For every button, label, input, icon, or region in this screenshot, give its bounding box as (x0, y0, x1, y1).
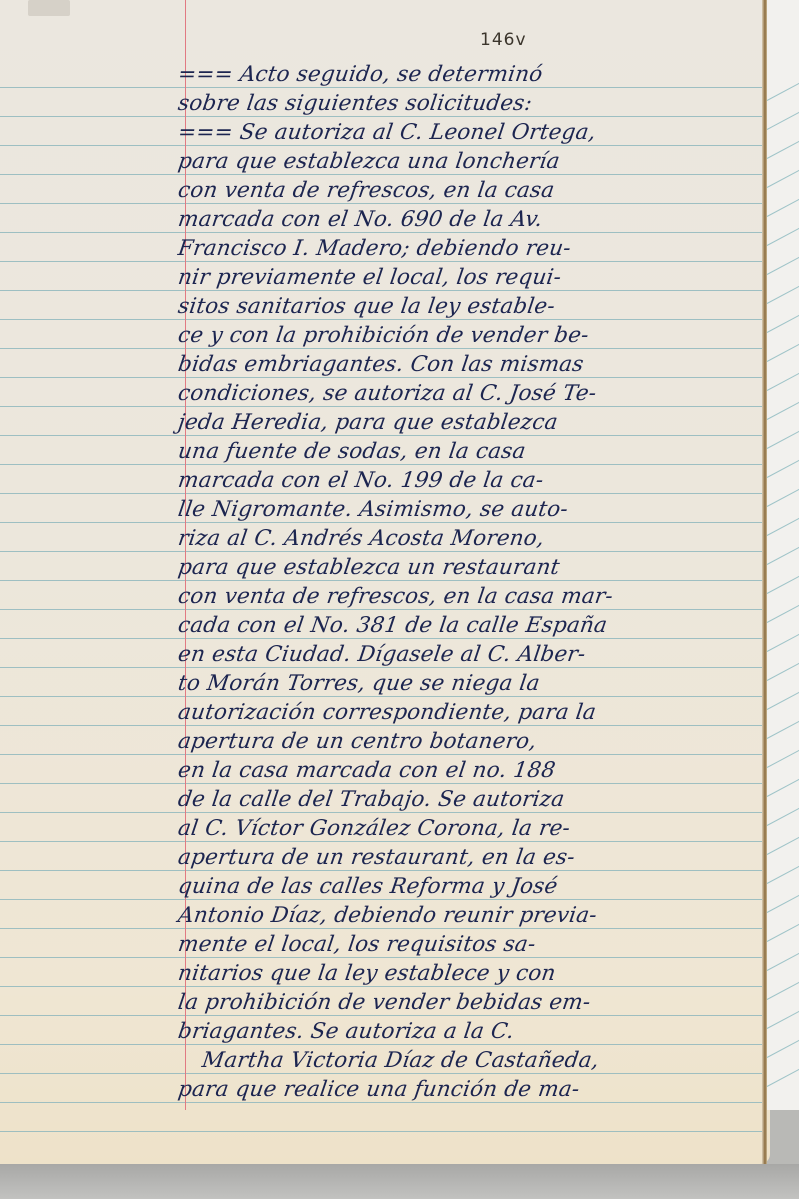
ruled-line (767, 429, 799, 449)
page-number: 146v (480, 30, 527, 50)
handwritten-line: marcada con el No. 199 de la ca- (176, 466, 770, 496)
handwritten-line: Francisco I. Madero; debiendo reu- (176, 234, 770, 264)
ruled-line (767, 1038, 799, 1058)
handwritten-line: bidas embriagantes. Con las mismas (176, 350, 770, 380)
background-surface (0, 1164, 799, 1199)
handwritten-line: condiciones, se autoriza al C. José Te- (176, 379, 770, 409)
handwritten-line: marcada con el No. 690 de la Av. (176, 205, 770, 235)
ruled-line (767, 748, 799, 768)
ruled-line (767, 719, 799, 739)
ruled-line (767, 603, 799, 623)
handwritten-line: briagantes. Se autoriza a la C. (176, 1017, 770, 1047)
ruled-line (767, 197, 799, 217)
ruled-line (767, 313, 799, 333)
handwritten-line: Antonio Díaz, debiendo reunir previa- (176, 901, 770, 931)
ruled-line (767, 226, 799, 246)
ruled-line (767, 864, 799, 884)
handwritten-line: de la calle del Trabajo. Se autoriza (176, 785, 770, 815)
handwritten-line: mente el local, los requisitos sa- (176, 930, 770, 960)
ruled-line (767, 893, 799, 913)
ruled-line (767, 574, 799, 594)
handwritten-line: apertura de un restaurant, en la es- (176, 843, 770, 873)
ruled-line (767, 545, 799, 565)
handwritten-line: riza al C. Andrés Acosta Moreno, (176, 524, 770, 554)
ruled-line (767, 632, 799, 652)
ledger-page: 146v === Acto seguido, se determinó sobr… (0, 0, 770, 1164)
handwritten-line: al C. Víctor González Corona, la re- (176, 814, 770, 844)
ruled-line (767, 806, 799, 826)
handwritten-line: con venta de refrescos, en la casa mar- (176, 582, 770, 612)
ruled-line (767, 980, 799, 1000)
ruled-line (767, 110, 799, 130)
handwritten-line: con venta de refrescos, en la casa (176, 176, 770, 206)
ruled-line (767, 284, 799, 304)
ruled-line (767, 255, 799, 275)
handwritten-line: jeda Heredia, para que establezca (176, 408, 770, 438)
handwritten-line: en esta Ciudad. Dígasele al C. Alber- (176, 640, 770, 670)
ruled-line (767, 922, 799, 942)
ruled-line (767, 777, 799, 797)
handwritten-line: === Acto seguido, se determinó (176, 60, 770, 90)
handwritten-line: sitos sanitarios que la ley estable- (176, 292, 770, 322)
ruled-line (767, 835, 799, 855)
ruled-line (767, 139, 799, 159)
ruled-line (767, 1067, 799, 1087)
handwritten-line: para que establezca una lonchería (176, 147, 770, 177)
handwritten-line: en la casa marcada con el no. 188 (176, 756, 770, 786)
handwritten-line: Martha Victoria Díaz de Castañeda, (200, 1046, 770, 1076)
adjacent-page-edge (767, 0, 799, 1110)
binder-mark (28, 0, 70, 16)
handwritten-line: apertura de un centro botanero, (176, 727, 770, 757)
ruled-line (767, 951, 799, 971)
handwritten-line: lle Nigromante. Asimismo, se auto- (176, 495, 770, 525)
ruled-line (0, 1131, 762, 1132)
ruled-line (767, 516, 799, 536)
ruled-line (767, 400, 799, 420)
handwritten-line: cada con el No. 381 de la calle España (176, 611, 770, 641)
handwritten-line: para que establezca un restaurant (176, 553, 770, 583)
ruled-line (767, 81, 799, 101)
handwritten-line: autorización correspondiente, para la (176, 698, 770, 728)
ruled-line (767, 342, 799, 362)
handwritten-line: la prohibición de vender bebidas em- (176, 988, 770, 1018)
handwritten-line: quina de las calles Reforma y José (176, 872, 770, 902)
ruled-line (767, 661, 799, 681)
ruled-line (767, 168, 799, 188)
handwritten-line: ce y con la prohibición de vender be- (176, 321, 770, 351)
handwritten-line: para que realice una función de ma- (176, 1075, 770, 1105)
handwritten-line: sobre las siguientes solicitudes: (176, 89, 770, 119)
ruled-line (767, 487, 799, 507)
ruled-line (767, 690, 799, 710)
handwritten-line: nir previamente el local, los requi- (176, 263, 770, 293)
handwritten-line: to Morán Torres, que se niega la (176, 669, 770, 699)
ruled-line (767, 1009, 799, 1029)
ruled-line (767, 458, 799, 478)
handwritten-line: nitarios que la ley establece y con (176, 959, 770, 989)
ruled-line (767, 371, 799, 391)
handwritten-line: una fuente de sodas, en la casa (176, 437, 770, 467)
handwritten-line: === Se autoriza al C. Leonel Ortega, (176, 118, 770, 148)
